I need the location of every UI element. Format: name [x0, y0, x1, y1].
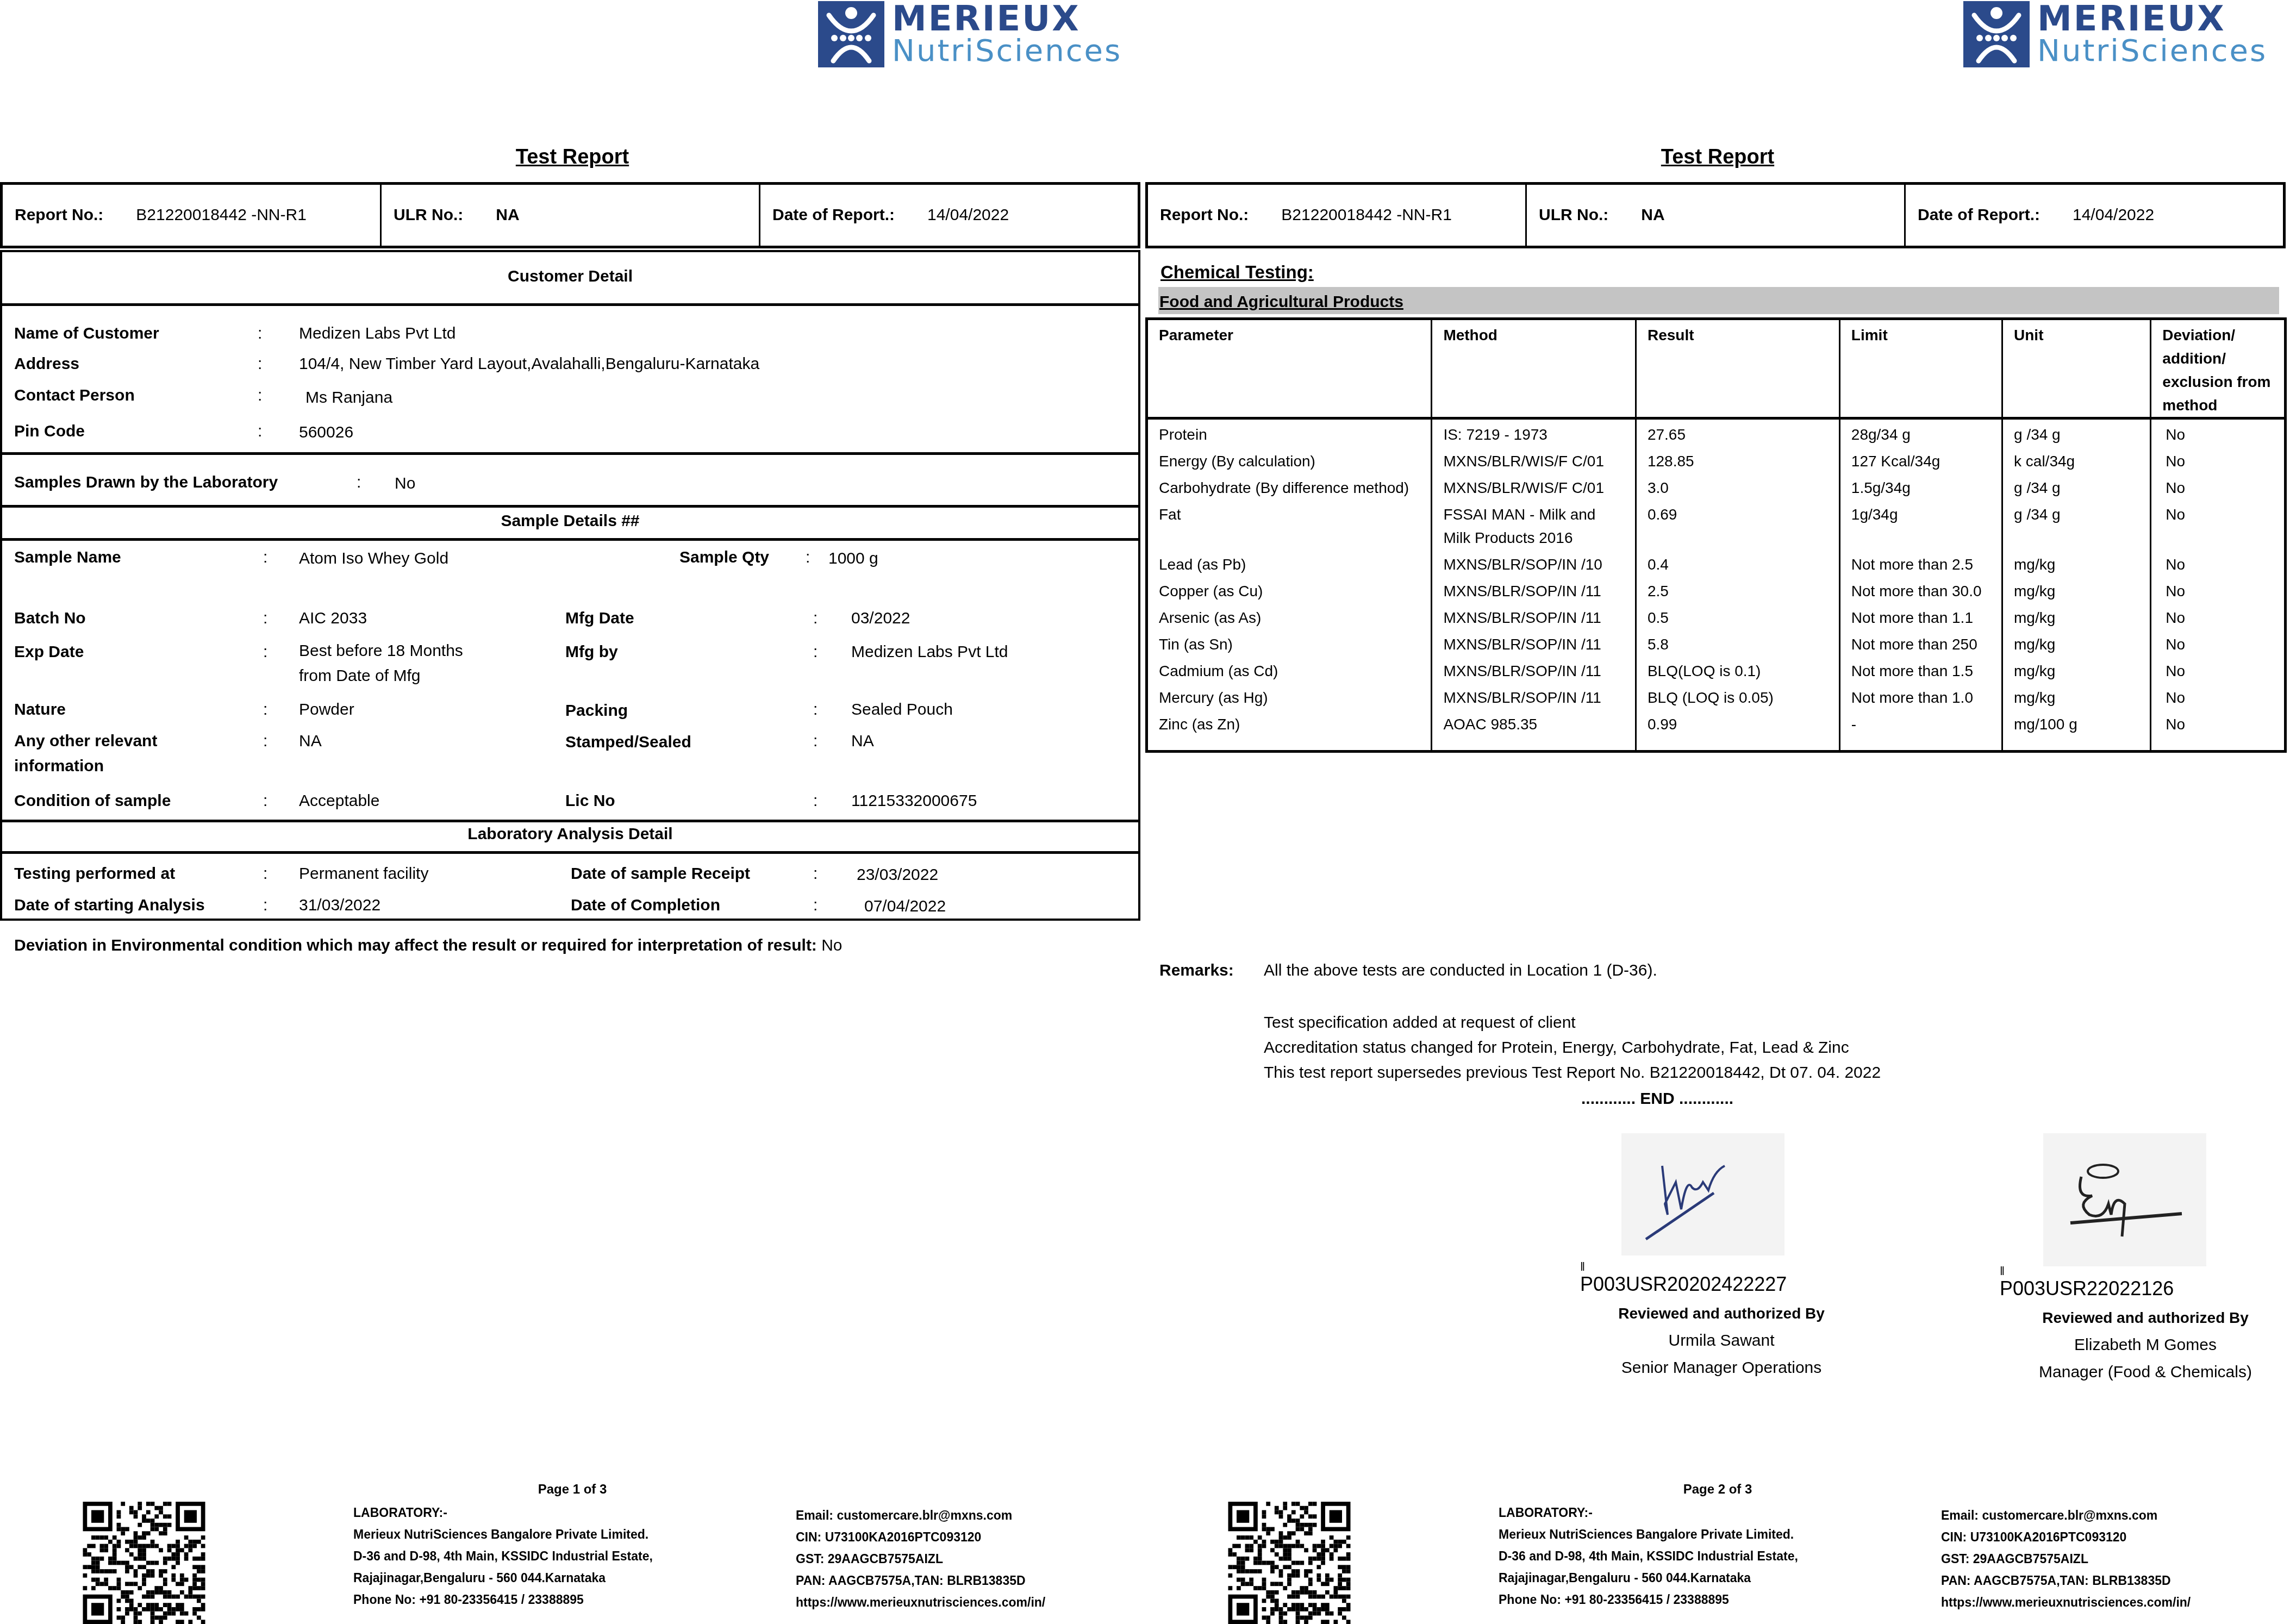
- colon: :: [263, 698, 267, 722]
- cell-deviation: No: [2151, 549, 2286, 576]
- cell-method: FSSAI MAN - Milk and Milk Products 2016: [1432, 499, 1636, 549]
- cell-unit: mg/kg: [2002, 656, 2151, 683]
- testing-at-value: Permanent facility: [299, 862, 428, 886]
- nature-value: Powder: [299, 698, 354, 722]
- completion-date-value: 07/04/2022: [864, 895, 946, 919]
- packing-label: Packing: [565, 699, 628, 723]
- address-label: Address: [14, 352, 79, 376]
- sample-details-heading: Sample Details ##: [0, 512, 1140, 530]
- cell-deviation: No: [2151, 446, 2286, 473]
- cell-parameter: Tin (as Sn): [1147, 629, 1432, 656]
- brand-logo: MERIEUX NutriSciences: [1963, 1, 2267, 67]
- cell-unit: mg/kg: [2002, 603, 2151, 629]
- colon: :: [357, 471, 361, 495]
- sample-name-label: Sample Name: [14, 546, 121, 570]
- table-row: Arsenic (as As)MXNS/BLR/SOP/IN /110.5Not…: [1147, 603, 2286, 629]
- cell-limit: Not more than 1.5: [1839, 656, 2002, 683]
- footer-line: Merieux NutriSciences Bangalore Private …: [1499, 1523, 1798, 1545]
- sample-qty-value: 1000 g: [828, 547, 878, 571]
- exp-date-value: Best before 18 Months: [299, 639, 463, 663]
- customer-name-label: Name of Customer: [14, 322, 159, 346]
- cell-parameter: Fat: [1147, 499, 1432, 549]
- cell-unit: mg/kg: [2002, 549, 2151, 576]
- cell-result: 128.85: [1636, 446, 1839, 473]
- cell-parameter: Cadmium (as Cd): [1147, 656, 1432, 683]
- lab-contact-block: Email: customercare.blr@mxns.com CIN: U7…: [796, 1504, 1045, 1613]
- cell-parameter: Arsenic (as As): [1147, 603, 1432, 629]
- table-row: Lead (as Pb)MXNS/BLR/SOP/IN /100.4Not mo…: [1147, 549, 2286, 576]
- footer-line: GST: 29AAGCB7575AIZL: [1941, 1548, 2191, 1570]
- colon: :: [813, 862, 818, 886]
- cell-deviation: No: [2151, 576, 2286, 603]
- logo-figure-icon: [818, 1, 884, 67]
- table-row: Cadmium (as Cd)MXNS/BLR/SOP/IN /11BLQ(LO…: [1147, 656, 2286, 683]
- ulr-label: ULR No.:: [1539, 206, 1608, 224]
- footer-email: Email: customercare.blr@mxns.com: [796, 1504, 1045, 1526]
- cell-deviation: No: [2151, 419, 2286, 447]
- exp-date-value-cont: from Date of Mfg: [299, 664, 420, 688]
- cell-method: AOAC 985.35: [1432, 709, 1636, 752]
- colon: :: [263, 789, 267, 813]
- footer-line: PAN: AAGCB7575A,TAN: BLRB13835D: [796, 1570, 1045, 1591]
- remarks-line: This test report supersedes previous Tes…: [1264, 1060, 1881, 1085]
- batch-label: Batch No: [14, 607, 86, 630]
- table-row: Mercury (as Hg)MXNS/BLR/SOP/IN /11BLQ (L…: [1147, 683, 2286, 709]
- colon: :: [813, 789, 818, 813]
- cell-result: BLQ (LOQ is 0.05): [1636, 683, 1839, 709]
- ulr-cell: ULR No.: NA: [1527, 185, 1906, 246]
- signatory-name: Elizabeth M Gomes: [1982, 1332, 2290, 1359]
- qr-code-icon: [82, 1502, 206, 1624]
- lic-no-value: 11215332000675: [851, 789, 977, 813]
- cell-deviation: No: [2151, 683, 2286, 709]
- end-marker: ............ END ............: [1581, 1086, 1733, 1111]
- pin-label: Pin Code: [14, 420, 85, 444]
- colon: :: [263, 640, 267, 664]
- footer-email: Email: customercare.blr@mxns.com: [1941, 1504, 2191, 1526]
- page-title: Test Report: [1145, 146, 2290, 169]
- footer-line: PAN: AAGCB7575A,TAN: BLRB13835D: [1941, 1570, 2191, 1591]
- cell-method: MXNS/BLR/WIS/F C/01: [1432, 473, 1636, 499]
- report-date-label: Date of Report.:: [1918, 206, 2040, 224]
- divider: [0, 452, 1140, 455]
- remarks-label: Remarks:: [1159, 958, 1234, 983]
- table-row: ProteinIS: 7219 - 197327.6528g/34 gg /34…: [1147, 419, 2286, 447]
- table-row: Tin (as Sn)MXNS/BLR/SOP/IN /115.8Not mor…: [1147, 629, 2286, 656]
- contact-value: Ms Ranjana: [305, 386, 392, 410]
- report-header-row: Report No.: B21220018442 -NN-R1 ULR No.:…: [1145, 182, 2286, 248]
- cell-result: 27.65: [1636, 419, 1839, 447]
- colon: :: [813, 729, 818, 753]
- report-no-cell: Report No.: B21220018442 -NN-R1: [1148, 185, 1527, 246]
- env-deviation-value: No: [821, 936, 842, 954]
- cell-method: MXNS/BLR/SOP/IN /11: [1432, 683, 1636, 709]
- cell-result: 5.8: [1636, 629, 1839, 656]
- page-number: Page 1 of 3: [0, 1482, 1145, 1497]
- cell-limit: Not more than 1.0: [1839, 683, 2002, 709]
- footer-line: Merieux NutriSciences Bangalore Private …: [353, 1523, 653, 1545]
- signatory-name: Urmila Sawant: [1558, 1327, 1885, 1354]
- col-parameter: Parameter: [1147, 319, 1432, 419]
- divider: [0, 820, 1140, 822]
- colon: :: [806, 546, 810, 570]
- cell-result: 2.5: [1636, 576, 1839, 603]
- signature-code: ‖ P003USR20202422227: [1580, 1261, 1787, 1296]
- cell-unit: k cal/34g: [2002, 446, 2151, 473]
- footer-line: CIN: U73100KA2016PTC093120: [796, 1526, 1045, 1548]
- signature-urmila-icon: [1621, 1133, 1784, 1256]
- table-header-row: Parameter Method Result Limit Unit Devia…: [1147, 319, 2286, 419]
- testing-at-label: Testing performed at: [14, 862, 175, 886]
- ulr-cell: ULR No.: NA: [382, 185, 760, 246]
- report-date-label: Date of Report.:: [772, 206, 895, 224]
- col-unit: Unit: [2002, 319, 2151, 419]
- colon: :: [813, 607, 818, 630]
- cell-method: MXNS/BLR/SOP/IN /11: [1432, 603, 1636, 629]
- completion-date-label: Date of Completion: [571, 894, 720, 917]
- samples-drawn-label: Samples Drawn by the Laboratory: [14, 471, 278, 495]
- chemical-results-table: Parameter Method Result Limit Unit Devia…: [1145, 317, 2287, 753]
- colon: :: [258, 322, 262, 346]
- cell-method: MXNS/BLR/SOP/IN /10: [1432, 549, 1636, 576]
- qr-code-icon: [1227, 1502, 1351, 1624]
- packing-value: Sealed Pouch: [851, 698, 953, 722]
- contact-label: Contact Person: [14, 384, 135, 408]
- footer-website-link[interactable]: https://www.merieuxnutrisciences.com/in/: [796, 1591, 1045, 1613]
- cell-limit: Not more than 2.5: [1839, 549, 2002, 576]
- cell-unit: mg/kg: [2002, 576, 2151, 603]
- report-date-value: 14/04/2022: [2073, 206, 2154, 224]
- cell-deviation: No: [2151, 499, 2286, 549]
- mfg-by-label: Mfg by: [565, 640, 618, 664]
- cell-parameter: Mercury (as Hg): [1147, 683, 1432, 709]
- colon: :: [258, 420, 262, 444]
- cell-method: IS: 7219 - 1973: [1432, 419, 1636, 447]
- cell-parameter: Zinc (as Zn): [1147, 709, 1432, 752]
- category-label: Food and Agricultural Products: [1159, 293, 1403, 311]
- cell-result: 0.4: [1636, 549, 1839, 576]
- receipt-date-label: Date of sample Receipt: [571, 862, 750, 886]
- signature-code: ‖ P003USR22022126: [2000, 1265, 2174, 1300]
- report-page-2: MERIEUX NutriSciences Test Report Report…: [1145, 0, 2290, 1624]
- cell-result: BLQ(LOQ is 0.1): [1636, 656, 1839, 683]
- cell-deviation: No: [2151, 629, 2286, 656]
- cell-unit: g /34 g: [2002, 499, 2151, 549]
- receipt-date-value: 23/03/2022: [857, 863, 938, 887]
- table-row: Energy (By calculation)MXNS/BLR/WIS/F C/…: [1147, 446, 2286, 473]
- cell-unit: mg/kg: [2002, 629, 2151, 656]
- report-no-value: B21220018442 -NN-R1: [1281, 206, 1452, 224]
- customer-detail-heading: Customer Detail: [0, 267, 1140, 286]
- cell-parameter: Protein: [1147, 419, 1432, 447]
- cell-limit: 1g/34g: [1839, 499, 2002, 549]
- signatory-1: Reviewed and authorized By Urmila Sawant…: [1558, 1300, 1885, 1382]
- report-no-value: B21220018442 -NN-R1: [136, 206, 307, 224]
- lab-address-block: LABORATORY:- Merieux NutriSciences Banga…: [1499, 1502, 1798, 1610]
- ulr-value: NA: [1641, 206, 1664, 224]
- cell-unit: mg/100 g: [2002, 709, 2151, 752]
- brand-logo: MERIEUX NutriSciences: [818, 1, 1122, 67]
- report-page-1: MERIEUX NutriSciences Test Report Report…: [0, 0, 1145, 1624]
- stamped-value: NA: [851, 729, 874, 753]
- col-method: Method: [1432, 319, 1636, 419]
- divider: [0, 505, 1140, 508]
- cell-parameter: Carbohydrate (By difference method): [1147, 473, 1432, 499]
- footer-line: D-36 and D-98, 4th Main, KSSIDC Industri…: [1499, 1545, 1798, 1567]
- address-value: 104/4, New Timber Yard Layout,Avalahalli…: [299, 352, 759, 376]
- footer-line: Phone No: +91 80-23356415 / 23388895: [1499, 1589, 1798, 1610]
- colon: :: [263, 546, 267, 570]
- report-no-label: Report No.:: [15, 206, 103, 224]
- env-deviation-label: Deviation in Environmental condition whi…: [14, 936, 817, 954]
- logo-title: MERIEUX: [892, 2, 1122, 36]
- cell-parameter: Copper (as Cu): [1147, 576, 1432, 603]
- footer-line: CIN: U73100KA2016PTC093120: [1941, 1526, 2191, 1548]
- condition-label: Condition of sample: [14, 789, 171, 813]
- footer-line: D-36 and D-98, 4th Main, KSSIDC Industri…: [353, 1545, 653, 1567]
- table-row: Copper (as Cu)MXNS/BLR/SOP/IN /112.5Not …: [1147, 576, 2286, 603]
- chemical-testing-heading: Chemical Testing:: [1160, 262, 1314, 283]
- footer-line: Rajajinagar,Bengaluru - 560 044.Karnatak…: [353, 1567, 653, 1589]
- logo-figure-icon: [1963, 1, 2030, 67]
- batch-value: AIC 2033: [299, 607, 367, 630]
- footer-line: Rajajinagar,Bengaluru - 560 044.Karnatak…: [1499, 1567, 1798, 1589]
- cell-deviation: No: [2151, 603, 2286, 629]
- lab-analysis-heading: Laboratory Analysis Detail: [0, 825, 1140, 844]
- report-no-cell: Report No.: B21220018442 -NN-R1: [3, 185, 382, 246]
- colon: :: [258, 384, 262, 408]
- divider: [0, 851, 1140, 854]
- cell-result: 3.0: [1636, 473, 1839, 499]
- nature-label: Nature: [14, 698, 66, 722]
- cell-deviation: No: [2151, 709, 2286, 752]
- page-number: Page 2 of 3: [1145, 1482, 2290, 1497]
- signatory-2: Reviewed and authorized By Elizabeth M G…: [1982, 1304, 2290, 1386]
- exp-date-label: Exp Date: [14, 640, 84, 664]
- stamped-label: Stamped/Sealed: [565, 730, 691, 754]
- divider: [0, 303, 1140, 306]
- colon: :: [813, 894, 818, 917]
- env-deviation-statement: Deviation in Environmental condition whi…: [14, 934, 843, 958]
- colon: :: [263, 729, 267, 753]
- remarks-line: Accreditation status changed for Protein…: [1264, 1035, 1849, 1060]
- cell-result: 0.69: [1636, 499, 1839, 549]
- cell-unit: g /34 g: [2002, 473, 2151, 499]
- cell-parameter: Energy (By calculation): [1147, 446, 1432, 473]
- reviewed-label: Reviewed and authorized By: [1982, 1304, 2290, 1332]
- other-info-label: Any other relevant: [14, 729, 157, 753]
- report-no-label: Report No.:: [1160, 206, 1249, 224]
- colon: :: [258, 352, 262, 376]
- cell-limit: -: [1839, 709, 2002, 752]
- lab-contact-block: Email: customercare.blr@mxns.com CIN: U7…: [1941, 1504, 2191, 1613]
- cell-result: 0.99: [1636, 709, 1839, 752]
- colon: :: [263, 894, 267, 917]
- footer-line: LABORATORY:-: [353, 1502, 653, 1523]
- colon: :: [813, 698, 818, 722]
- reviewed-label: Reviewed and authorized By: [1558, 1300, 1885, 1327]
- mfg-date-value: 03/2022: [851, 607, 910, 630]
- signatory-role: Senior Manager Operations: [1558, 1354, 1885, 1382]
- colon: :: [263, 607, 267, 630]
- colon: :: [263, 862, 267, 886]
- report-date-cell: Date of Report.: 14/04/2022: [760, 185, 1138, 246]
- report-date-value: 14/04/2022: [927, 206, 1009, 224]
- cell-unit: g /34 g: [2002, 419, 2151, 447]
- col-deviation: Deviation/ addition/ exclusion from meth…: [2151, 319, 2286, 419]
- footer-line: GST: 29AAGCB7575AIZL: [796, 1548, 1045, 1570]
- logo-subtitle: NutriSciences: [2037, 36, 2267, 66]
- table-row: FatFSSAI MAN - Milk and Milk Products 20…: [1147, 499, 2286, 549]
- colon: :: [813, 640, 818, 664]
- signature-elizabeth-icon: [2043, 1133, 2206, 1266]
- lab-address-block: LABORATORY:- Merieux NutriSciences Banga…: [353, 1502, 653, 1610]
- lic-no-label: Lic No: [565, 789, 615, 813]
- cell-method: MXNS/BLR/WIS/F C/01: [1432, 446, 1636, 473]
- cell-result: 0.5: [1636, 603, 1839, 629]
- col-limit: Limit: [1839, 319, 2002, 419]
- condition-value: Acceptable: [299, 789, 379, 813]
- cell-limit: Not more than 1.1: [1839, 603, 2002, 629]
- other-info-label-cont: information: [14, 754, 104, 778]
- sample-name-value: Atom Iso Whey Gold: [299, 547, 448, 571]
- mfg-by-value: Medizen Labs Pvt Ltd: [851, 640, 1008, 664]
- mfg-date-label: Mfg Date: [565, 607, 634, 630]
- customer-name-value: Medizen Labs Pvt Ltd: [299, 322, 456, 346]
- cell-limit: Not more than 250: [1839, 629, 2002, 656]
- other-info-value: NA: [299, 729, 322, 753]
- divider: [0, 538, 1140, 541]
- logo-subtitle: NutriSciences: [892, 36, 1122, 66]
- page-title: Test Report: [0, 146, 1145, 169]
- cell-method: MXNS/BLR/SOP/IN /11: [1432, 656, 1636, 683]
- report-header-row: Report No.: B21220018442 -NN-R1 ULR No.:…: [0, 182, 1140, 248]
- cell-parameter: Lead (as Pb): [1147, 549, 1432, 576]
- cell-deviation: No: [2151, 656, 2286, 683]
- start-date-value: 31/03/2022: [299, 894, 380, 917]
- cell-limit: Not more than 30.0: [1839, 576, 2002, 603]
- cell-limit: 28g/34 g: [1839, 419, 2002, 447]
- signatory-role: Manager (Food & Chemicals): [1982, 1359, 2290, 1386]
- table-row: Carbohydrate (By difference method)MXNS/…: [1147, 473, 2286, 499]
- remarks-line: Test specification added at request of c…: [1264, 1010, 1576, 1035]
- cell-method: MXNS/BLR/SOP/IN /11: [1432, 629, 1636, 656]
- cell-method: MXNS/BLR/SOP/IN /11: [1432, 576, 1636, 603]
- cell-unit: mg/kg: [2002, 683, 2151, 709]
- remarks-line: All the above tests are conducted in Loc…: [1264, 958, 1657, 983]
- table-row: Zinc (as Zn)AOAC 985.350.99-mg/100 gNo: [1147, 709, 2286, 752]
- col-result: Result: [1636, 319, 1839, 419]
- report-date-cell: Date of Report.: 14/04/2022: [1906, 185, 2283, 246]
- footer-website-link[interactable]: https://www.merieuxnutrisciences.com/in/: [1941, 1591, 2191, 1613]
- cell-limit: 1.5g/34g: [1839, 473, 2002, 499]
- logo-title: MERIEUX: [2037, 2, 2267, 36]
- pin-value: 560026: [299, 421, 353, 445]
- ulr-value: NA: [496, 206, 519, 224]
- ulr-label: ULR No.:: [394, 206, 463, 224]
- cell-limit: 127 Kcal/34g: [1839, 446, 2002, 473]
- start-date-label: Date of starting Analysis: [14, 894, 205, 917]
- footer-line: Phone No: +91 80-23356415 / 23388895: [353, 1589, 653, 1610]
- samples-drawn-value: No: [395, 472, 415, 496]
- footer-line: LABORATORY:-: [1499, 1502, 1798, 1523]
- category-bar: Food and Agricultural Products: [1158, 287, 2279, 314]
- sample-qty-label: Sample Qty: [679, 546, 769, 570]
- cell-deviation: No: [2151, 473, 2286, 499]
